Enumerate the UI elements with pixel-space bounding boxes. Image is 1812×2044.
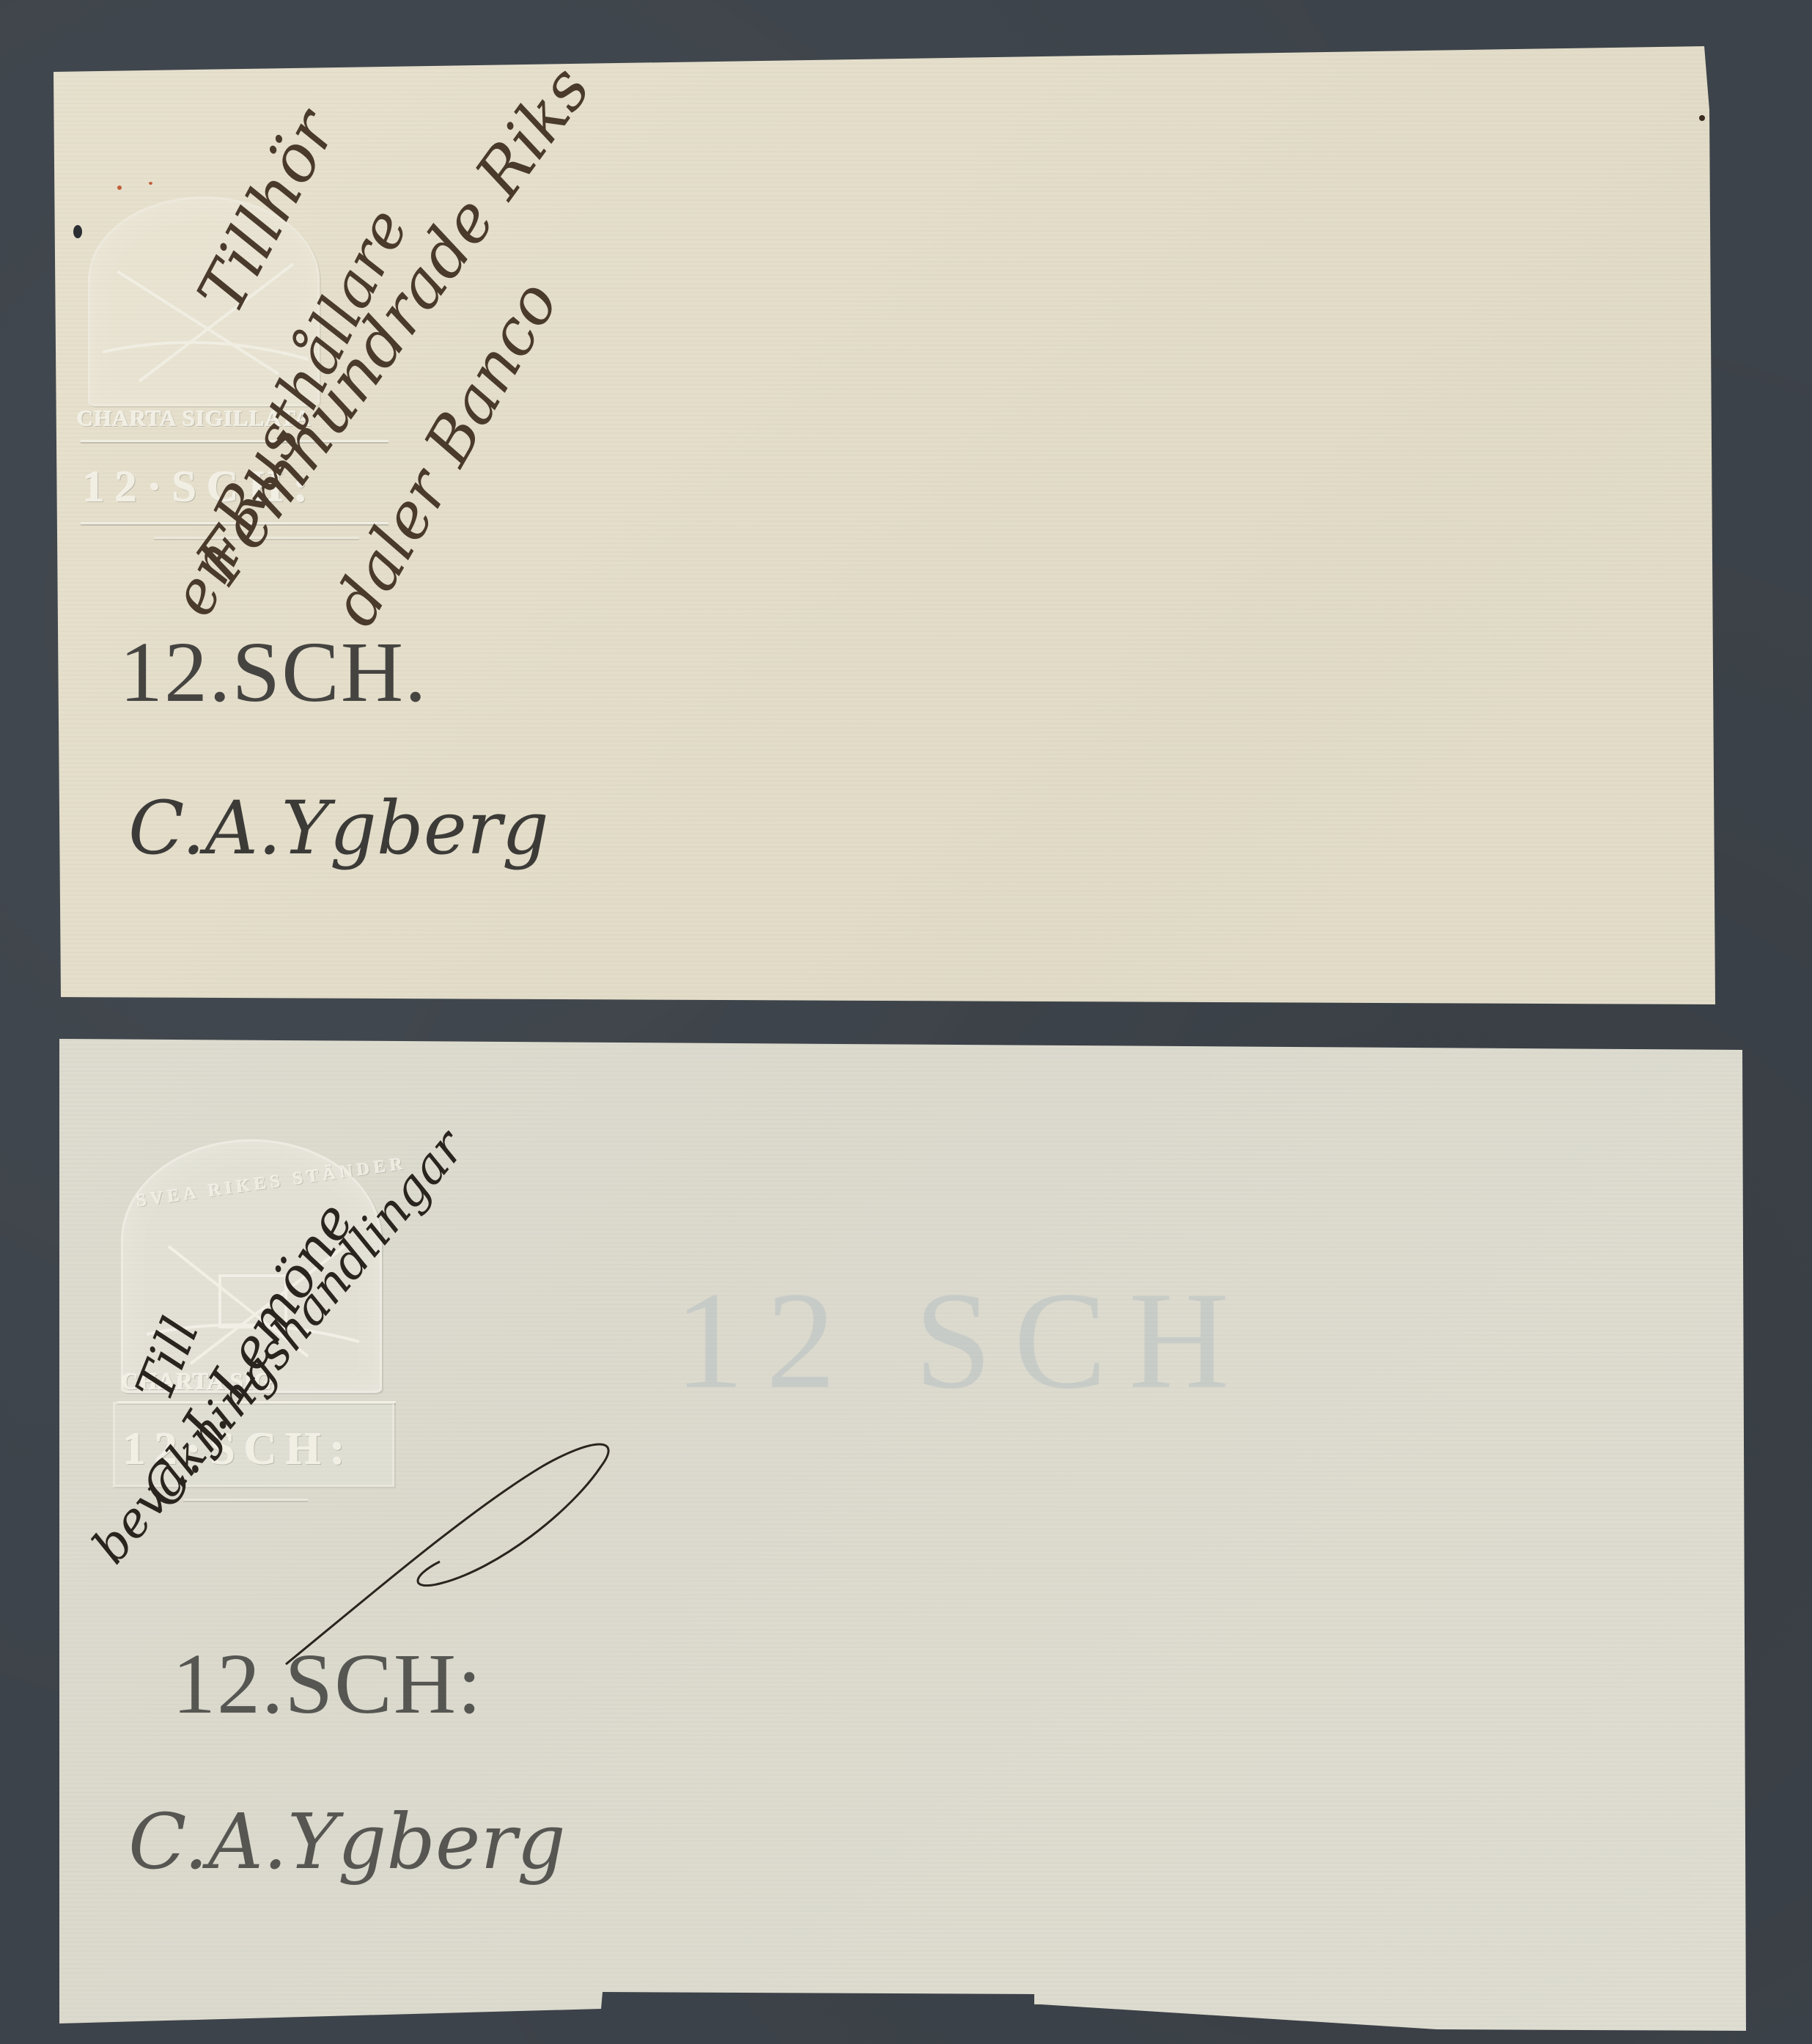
edge-mark xyxy=(1699,115,1705,121)
ink-speck xyxy=(149,182,152,185)
ink-speck xyxy=(117,185,122,190)
handwriting-flourish xyxy=(279,1378,660,1672)
facsimile-signature: C.A.Ygberg xyxy=(128,1804,566,1880)
punch-hole xyxy=(73,225,82,238)
facsimile-signature: C.A.Ygberg xyxy=(128,792,549,865)
printed-value-stamp: 12.SCH. xyxy=(119,629,428,716)
paper-watermark: 12 SCH xyxy=(674,1261,1251,1421)
